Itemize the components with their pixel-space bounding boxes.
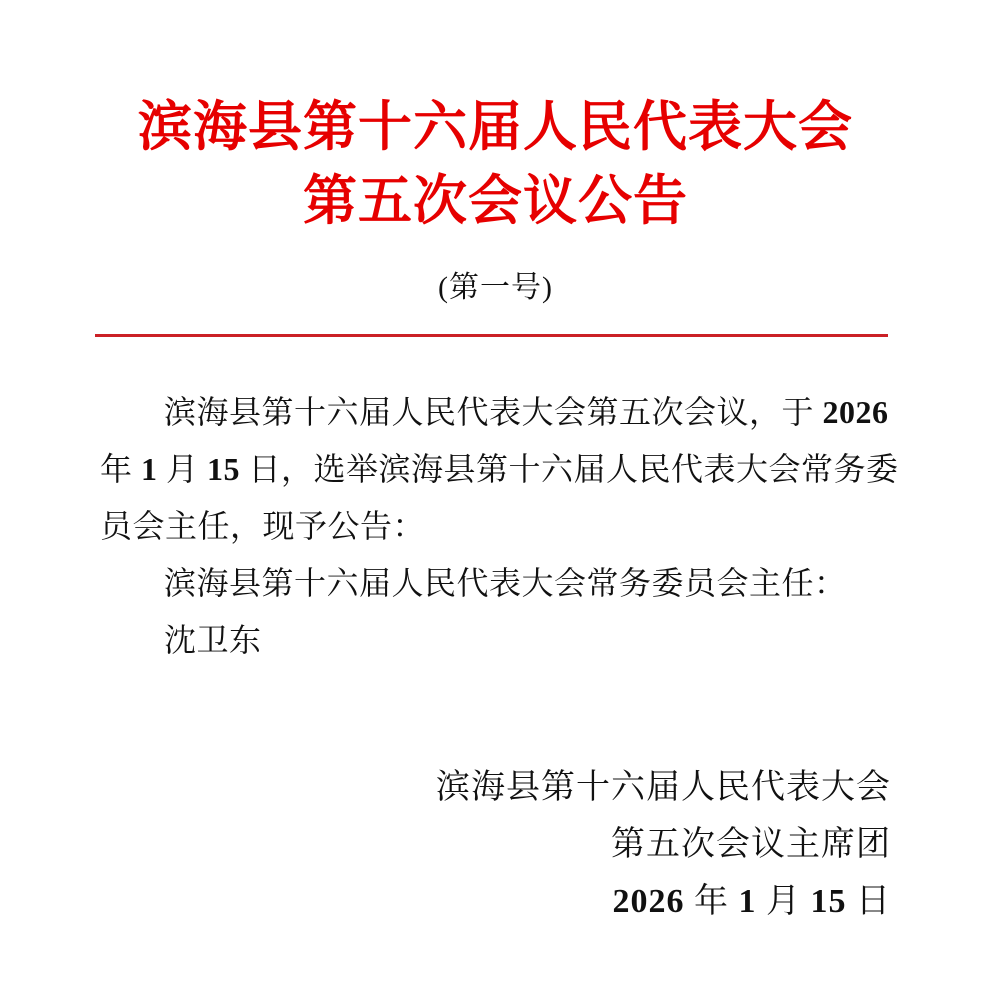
red-divider-line: [95, 334, 888, 337]
appointee-name: 沈卫东: [100, 612, 896, 669]
signature-block: 滨海县第十六届人民代表大会 第五次会议主席团 2026 年 1 月 15 日: [0, 759, 991, 930]
announcement-document: 滨海县第十六届人民代表大会 第五次会议公告 (第一号) 滨海县第十六届人民代表大…: [0, 0, 991, 991]
title-line-2: 第五次会议公告: [0, 164, 991, 238]
document-title: 滨海县第十六届人民代表大会 第五次会议公告: [0, 0, 991, 238]
signature-date: 2026 年 1 月 15 日: [0, 873, 891, 930]
committee-director-line: 滨海县第十六届人民代表大会常务委员会主任：: [100, 555, 896, 612]
body-text: 滨海县第十六届人民代表大会第五次会议，于 2026 年 1 月 15 日，选举滨…: [100, 384, 896, 669]
body-line: 滨海县第十六届人民代表大会第五次会议，于 2026: [100, 384, 896, 441]
body-line: 年 1 月 15 日，选举滨海县第十六届人民代表大会常务委: [100, 441, 896, 498]
issue-number: (第一号): [0, 268, 991, 308]
signature-org-line-1: 滨海县第十六届人民代表大会: [0, 759, 891, 816]
body-line: 员会主任，现予公告：: [100, 498, 896, 555]
signature-org-line-2: 第五次会议主席团: [0, 816, 891, 873]
title-line-1: 滨海县第十六届人民代表大会: [0, 90, 991, 164]
